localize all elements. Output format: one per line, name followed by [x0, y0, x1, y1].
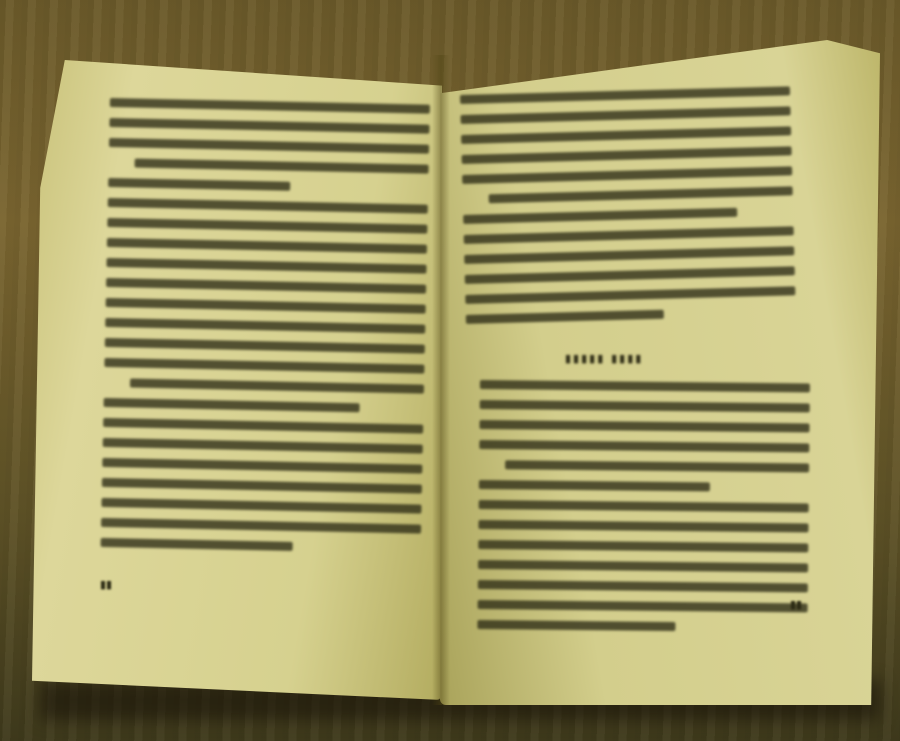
text-line [106, 278, 426, 294]
right-page-text-block-top [460, 86, 796, 335]
text-line [108, 178, 291, 191]
right-page-text-block-bottom [477, 380, 810, 643]
text-line [106, 298, 426, 314]
book-spine-gutter [432, 55, 450, 705]
text-line [464, 226, 794, 244]
text-line [505, 460, 809, 472]
text-line [104, 358, 424, 374]
text-line [130, 378, 425, 393]
text-line [477, 620, 675, 631]
text-line [101, 498, 421, 514]
text-line [463, 208, 737, 224]
text-line [101, 538, 293, 551]
text-line [466, 310, 664, 324]
text-line [478, 540, 808, 552]
text-line [104, 398, 360, 412]
text-line [103, 418, 423, 434]
text-line [478, 520, 808, 532]
text-line [105, 338, 425, 354]
text-line [102, 458, 422, 474]
text-line [106, 258, 426, 274]
text-line [109, 138, 429, 154]
text-line [107, 238, 427, 254]
text-line [465, 266, 795, 284]
text-line [103, 438, 423, 454]
text-line [462, 166, 792, 184]
text-line [478, 580, 808, 592]
text-line [478, 600, 808, 612]
text-line [464, 246, 794, 264]
left-page-text-block [100, 98, 430, 565]
text-line [461, 126, 791, 144]
text-line [107, 218, 427, 234]
text-line [102, 478, 422, 494]
text-line [105, 318, 425, 334]
text-line [479, 440, 809, 452]
text-line [109, 118, 429, 134]
text-line [479, 420, 809, 432]
text-line [461, 106, 791, 124]
text-line [479, 500, 809, 512]
text-line [134, 159, 429, 174]
text-line [108, 198, 428, 214]
text-line [479, 480, 710, 491]
left-page-number: ▮▮ [100, 578, 112, 591]
text-line [480, 400, 810, 412]
text-line [478, 560, 808, 572]
text-line [489, 186, 793, 203]
text-line [465, 286, 795, 304]
section-heading: ▮▮▮▮▮ ▮▮▮▮ [565, 352, 643, 365]
right-page-number: ▮▮ [790, 598, 802, 611]
text-line [101, 518, 421, 534]
text-line [462, 146, 792, 164]
